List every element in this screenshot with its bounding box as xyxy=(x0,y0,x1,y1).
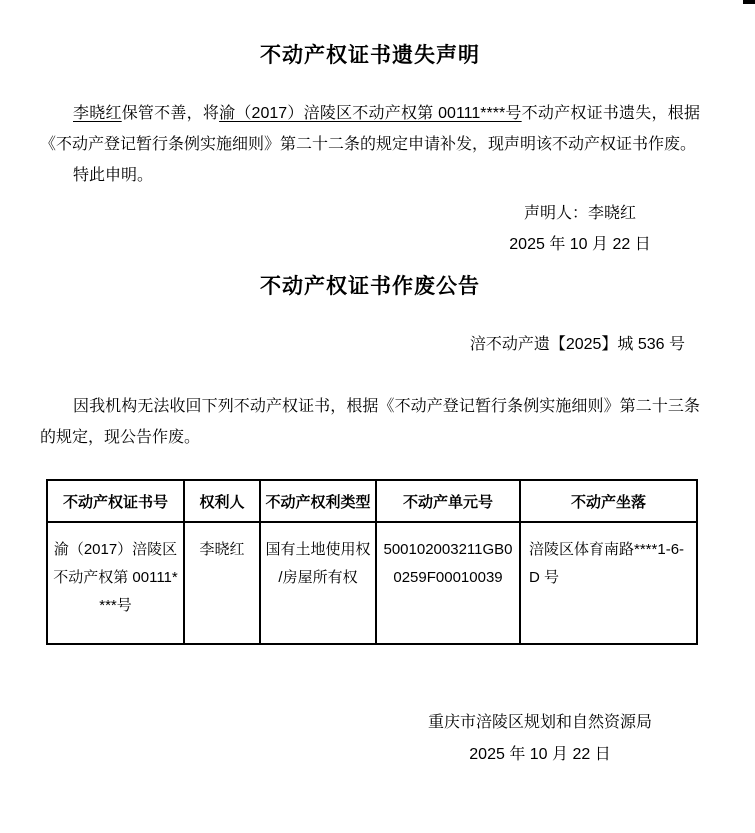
notice-title: 不动产权证书作废公告 xyxy=(40,275,700,298)
notice-authority: 重庆市涪陵区规划和自然资源局 xyxy=(380,707,700,739)
statement-date: 2025 年 10 月 22 日 xyxy=(430,229,730,260)
statement-title: 不动产权证书遗失声明 xyxy=(40,44,700,67)
statement-signer: 声明人：李晓红 xyxy=(430,198,730,229)
statement-text-mid: 保管不善，将 xyxy=(122,105,219,122)
screen-corner-artifact xyxy=(743,0,755,4)
cell-cert-number: 渝（2017）涪陵区 不动产权第 00111* ***号 xyxy=(47,522,184,644)
statement-closing: 特此申明。 xyxy=(40,160,700,191)
header-location: 不动产坐落 xyxy=(520,480,697,522)
notice-date: 2025 年 10 月 22 日 xyxy=(380,739,700,771)
certificate-number-underlined: 渝（2017）涪陵区不动产权第 00111****号 xyxy=(219,105,522,122)
cell-unit-number: 500102003211GB0 0259F00010039 xyxy=(376,522,520,644)
notice-paragraph: 因我机构无法收回下列不动产权证书，根据《不动产登记暂行条例实施细则》第二十三条的… xyxy=(40,391,700,453)
statement-paragraph: 李晓红保管不善，将渝（2017）涪陵区不动产权第 00111****号不动产权证… xyxy=(40,98,700,160)
document-page: 不动产权证书遗失声明 李晓红保管不善，将渝（2017）涪陵区不动产权第 0011… xyxy=(0,0,755,833)
document-body: 不动产权证书遗失声明 李晓红保管不善，将渝（2017）涪陵区不动产权第 0011… xyxy=(0,0,755,771)
owner-name-underlined: 李晓红 xyxy=(73,105,122,122)
header-right-type: 不动产权利类型 xyxy=(260,480,376,522)
header-holder: 权利人 xyxy=(184,480,260,522)
certificate-table: 不动产权证书号 权利人 不动产权利类型 不动产单元号 不动产坐落 渝（2017）… xyxy=(46,479,698,645)
notice-signature-block: 重庆市涪陵区规划和自然资源局 2025 年 10 月 22 日 xyxy=(380,707,700,771)
header-unit-number: 不动产单元号 xyxy=(376,480,520,522)
table-row: 渝（2017）涪陵区 不动产权第 00111* ***号 李晓红 国有土地使用权… xyxy=(47,522,697,644)
notice-document-number: 涪不动产遗【2025】城 536 号 xyxy=(40,329,700,360)
statement-signature-block: 声明人：李晓红 2025 年 10 月 22 日 xyxy=(430,198,730,260)
cell-right-type: 国有土地使用权 /房屋所有权 xyxy=(260,522,376,644)
cell-holder: 李晓红 xyxy=(184,522,260,644)
table-header-row: 不动产权证书号 权利人 不动产权利类型 不动产单元号 不动产坐落 xyxy=(47,480,697,522)
header-cert-number: 不动产权证书号 xyxy=(47,480,184,522)
cell-location: 涪陵区体育南路****1-6- D 号 xyxy=(520,522,697,644)
